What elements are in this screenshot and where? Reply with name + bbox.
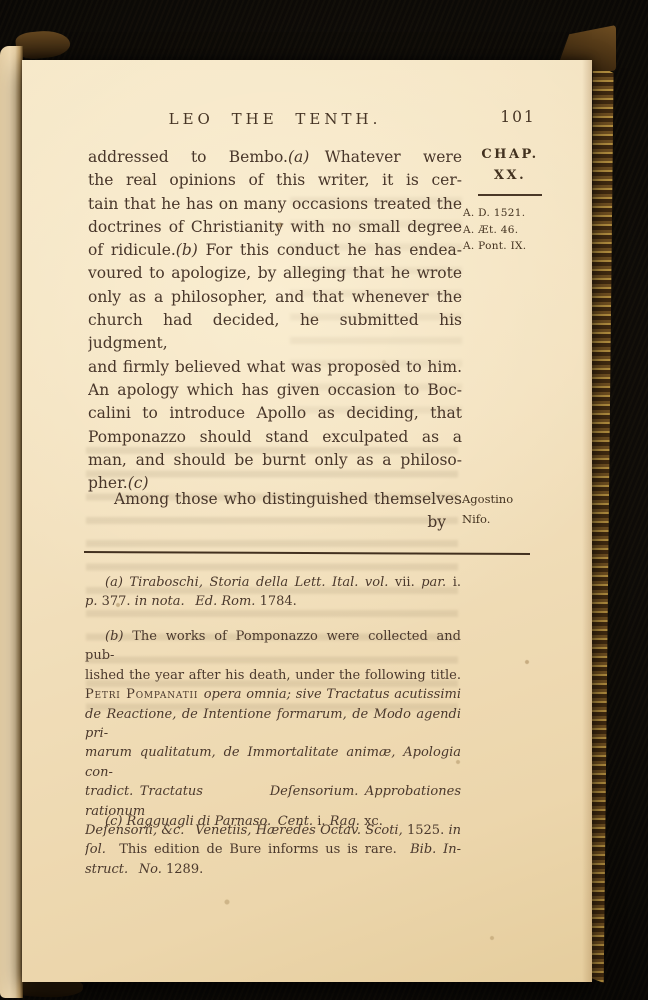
text-line: only as a philosopher, and that whenever… [88, 286, 462, 309]
text-line: Among those who distinguished themselves [88, 488, 462, 511]
chapter-number: XX. [456, 165, 564, 186]
facing-page-edge [0, 46, 23, 998]
text-line: (b) The works of Pomponazzo were collect… [85, 627, 461, 666]
chapter-rule [478, 194, 542, 196]
text-segment: in nota. Ed. Rom. [135, 594, 260, 609]
text-line: doctrines of Christianity with no small … [88, 216, 462, 239]
chapter-margin-note: CHAP. XX. A. D. 1521. A. Æt. 46. A. Pont… [456, 144, 564, 255]
text-segment: 377. [102, 594, 135, 609]
text-segment: de Reactione, de Intentione formarum, de… [85, 707, 461, 741]
text-line: by [88, 511, 462, 534]
text-segment: (b) [176, 241, 198, 259]
text-segment: doctrines of Christianity with no small … [88, 218, 462, 236]
footnote-a: (a) Tiraboschi, Storia della Lett. Ital.… [85, 573, 461, 612]
text-segment: tain that he has on many occasions treat… [88, 195, 462, 213]
text-segment: marum qualitatum, de Immortalitate animæ… [85, 745, 461, 779]
text-line: calini to introduce Apollo as deciding, … [88, 402, 462, 425]
text-segment: The works of Pomponazzo were collected a… [85, 629, 461, 663]
footnote-b: (b) The works of Pomponazzo were collect… [85, 627, 461, 879]
text-line: ſol. This edition de Bure informs us is … [85, 840, 461, 859]
text-segment: of ridicule. [88, 241, 176, 259]
page-number: 101 [486, 108, 550, 126]
text-line: addressed to Bembo.(a) Whatever were [88, 146, 462, 169]
text-segment: ſol. [85, 842, 119, 857]
text-segment: opera omnia; sive Tractatus acutissimi [204, 687, 461, 702]
side-note-line: Nifo. [462, 510, 562, 530]
text-segment: Bib. In- [410, 842, 461, 857]
date-note-aetat: A. Æt. 46. [456, 222, 564, 239]
text-segment: voured to apologize, by alleging that he… [88, 264, 462, 282]
text-segment: (b) [105, 629, 132, 644]
text-segment: An apology which has given occasion to B… [88, 381, 462, 399]
text-segment: (c) Ragguagli di Parnaso. Cent. [105, 814, 317, 829]
text-segment: (a) Tiraboschi, Storia della Lett. Ital.… [105, 575, 395, 590]
footnote-separator-rule [84, 551, 530, 555]
text-line: (c) Ragguagli di Parnaso. Cent. i. Rag. … [85, 812, 461, 831]
text-segment: the real opinions of this writer, it is … [88, 171, 462, 189]
text-segment: i. [317, 814, 329, 829]
text-line: p. 377. in nota. Ed. Rom. 1784. [85, 592, 461, 611]
text-line: struct. No. 1289. [85, 860, 461, 879]
text-segment: Petri Pompanatii [85, 687, 204, 702]
text-segment: addressed to Bembo. [88, 148, 288, 166]
text-segment: man, and should be burnt only as a philo… [88, 451, 462, 469]
text-segment: vii. [395, 575, 421, 590]
footnote-c: (c) Ragguagli di Parnaso. Cent. i. Rag. … [85, 812, 461, 831]
chapter-label: CHAP. [456, 144, 564, 165]
text-segment: only as a philosopher, and that whenever… [88, 288, 462, 306]
text-segment: and firmly believed what was proposed to… [88, 358, 462, 376]
text-line: voured to apologize, by alleging that he… [88, 262, 462, 285]
text-line: man, and should be burnt only as a philo… [88, 449, 462, 472]
text-line: An apology which has given occasion to B… [88, 379, 462, 402]
text-segment: calini to introduce Apollo as deciding, … [88, 404, 462, 422]
book-page: LEO THE TENTH. 101 CHAP. XX. A. D. 1521.… [22, 60, 592, 982]
text-line: lished the year after his death, under t… [85, 666, 461, 685]
text-line: the real opinions of this writer, it is … [88, 169, 462, 192]
text-segment: p. [85, 594, 102, 609]
text-segment: church had decided, he submitted his jud… [88, 311, 462, 352]
text-segment: by [427, 513, 446, 531]
text-segment: xc. [364, 814, 383, 829]
running-title: LEO THE TENTH. [88, 110, 462, 128]
text-line: de Reactione, de Intentione formarum, de… [85, 705, 461, 744]
text-segment: Pomponazzo should stand exculpated as a [88, 428, 462, 446]
text-segment: This edition de Bure informs us is rare. [119, 842, 410, 857]
text-segment: Whatever were [309, 148, 462, 166]
body-paragraph-1: addressed to Bembo.(a) Whatever werethe … [88, 146, 462, 495]
date-note-pontificate: A. Pont. IX. [456, 238, 564, 255]
text-segment: par. [421, 575, 453, 590]
text-line: of ridicule.(b) For this conduct he has … [88, 239, 462, 262]
text-line: Pomponazzo should stand exculpated as a [88, 426, 462, 449]
side-note-line: Agostino [462, 490, 562, 510]
text-line: Petri Pompanatii opera omnia; sive Tract… [85, 685, 461, 704]
text-segment: Among those who distinguished themselves [114, 490, 462, 508]
side-note-agostino-nifo: Agostino Nifo. [462, 490, 562, 529]
text-segment: 1289. [166, 862, 203, 877]
text-line: marum qualitatum, de Immortalitate animæ… [85, 743, 461, 782]
text-line: tain that he has on many occasions treat… [88, 193, 462, 216]
text-segment: lished the year after his death, under t… [85, 668, 461, 683]
text-line: and firmly believed what was proposed to… [88, 356, 462, 379]
text-line: church had decided, he submitted his jud… [88, 309, 462, 356]
body-paragraph-2: Among those who distinguished themselves… [88, 488, 462, 535]
text-segment: Rag. [330, 814, 364, 829]
text-segment: i. [453, 575, 461, 590]
text-segment: 1784. [260, 594, 297, 609]
text-line: (a) Tiraboschi, Storia della Lett. Ital.… [85, 573, 461, 592]
date-note-ad: A. D. 1521. [456, 205, 564, 222]
text-segment: (a) [288, 148, 309, 166]
text-segment: For this conduct he has endea- [198, 241, 462, 259]
text-segment: struct. No. [85, 862, 166, 877]
